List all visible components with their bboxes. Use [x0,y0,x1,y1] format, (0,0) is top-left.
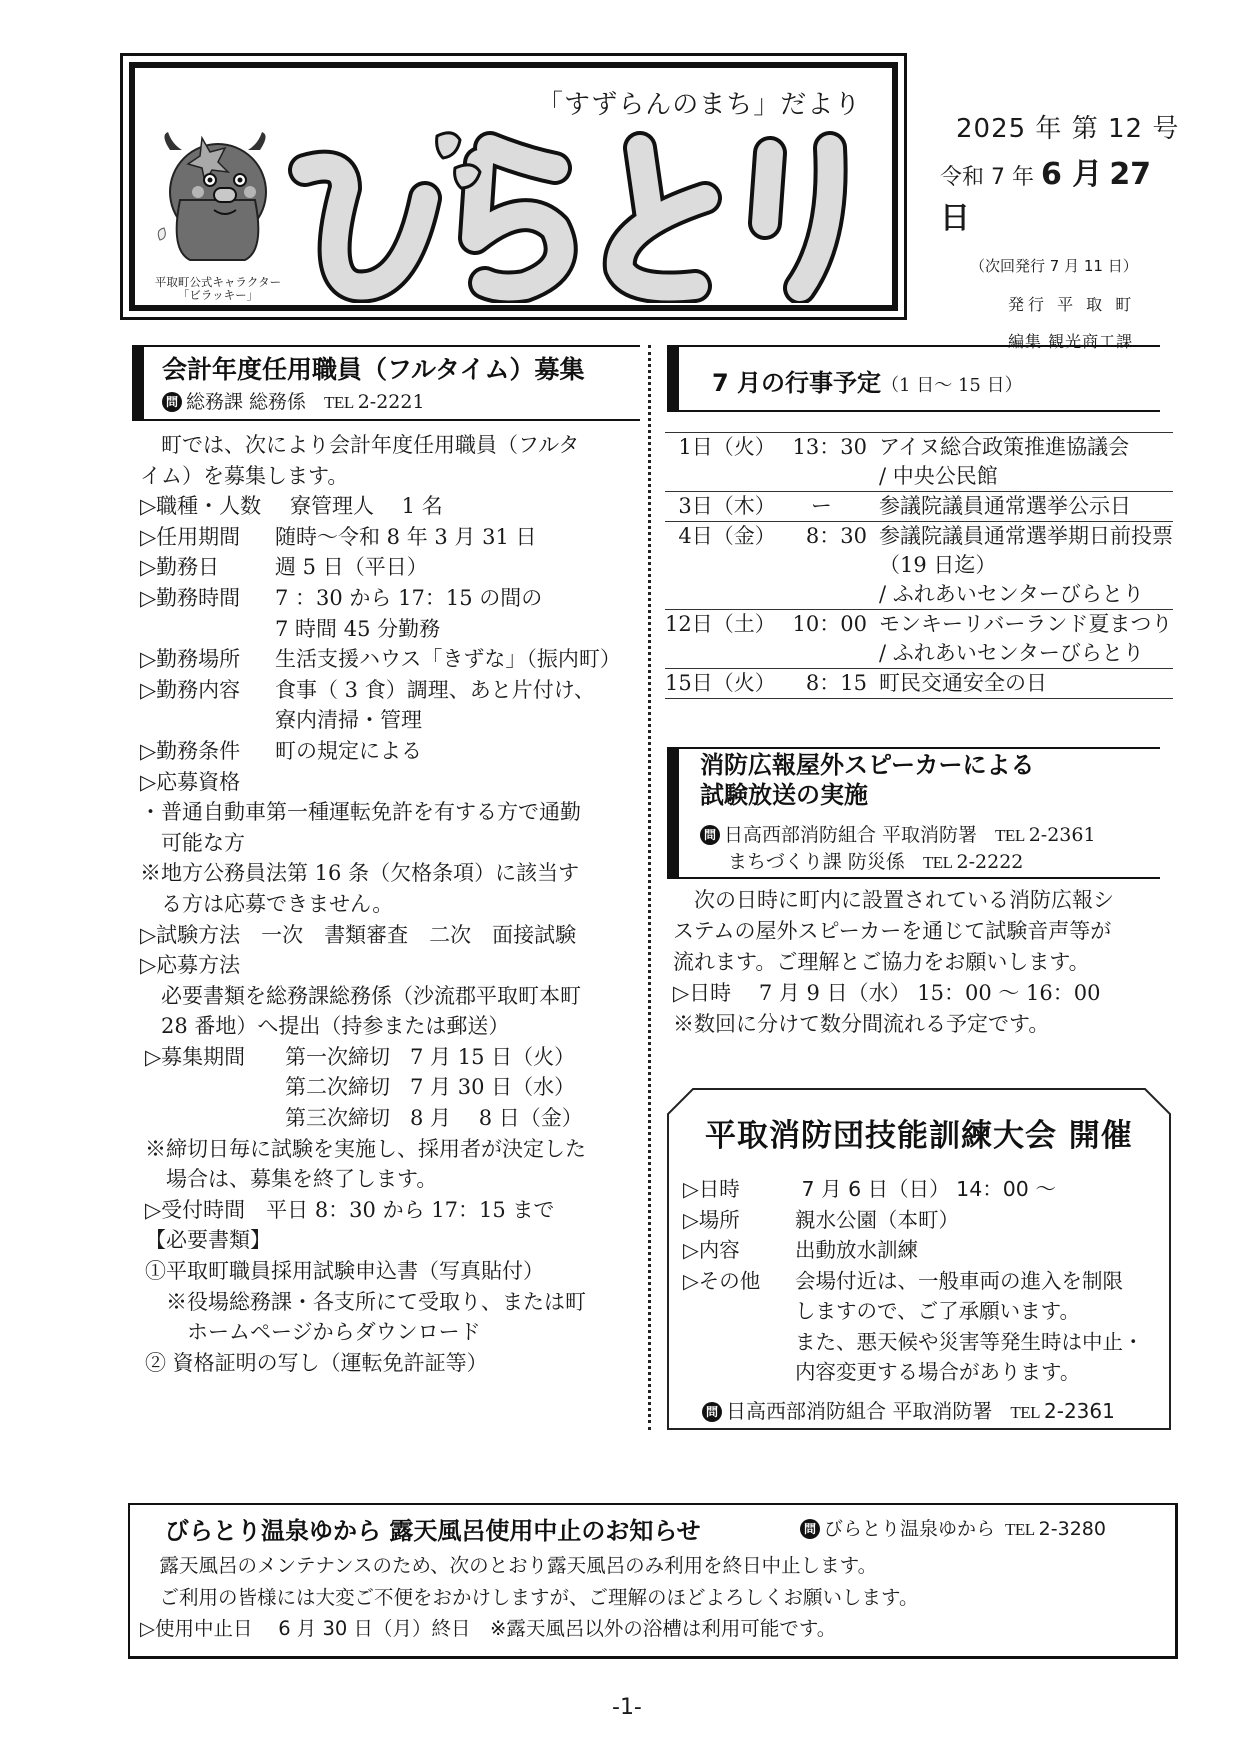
fire-broadcast-title: 消防広報屋外スピーカーによる 試験放送の実施 [700,750,1035,810]
fire-competition-details: ▷日時 7 月 6 日（日） 14：00 〜 ▷場所親水公園（本町） ▷内容出動… [683,1174,1144,1388]
fire-competition-title: 平取消防団技能訓練大会 開催 [705,1110,1133,1155]
detail-value: 親水公園（本町） [795,1208,959,1232]
notice-line: ご利用の皆様には大変ご不便をおかけしますが、ご理解のほどよろしくお願いします。 [140,1582,918,1614]
item-value: 生活支援ハウス「きずな」（振内町） [275,644,621,675]
recruitment-title: 会計年度任用職員（フルタイム）募集 [162,350,585,386]
notice-line: ▷使用中止日 6 月 30 日（月）終日 ※露天風呂以外の浴槽は利用可能です。 [140,1613,918,1645]
schedule-date: 3日（木） [665,492,776,522]
masthead-tagline: 「すずらんのまち」だより [537,84,861,121]
schedule-date: 15日（火） [665,669,776,699]
notice-line: 露天風呂のメンテナンスのため、次のとおり露天風呂のみ利用を終日中止します。 [140,1550,918,1582]
recruitment-item: ▷勤務日週 5 日（平日） [140,552,621,583]
recruitment-item: ▷勤務時間 7 ：30 から 17：15 の間の [140,583,621,614]
contact-tel: 2-2361 [1029,824,1096,846]
issue-year: 2025 年 [956,114,1062,144]
phone-label: TEL [1010,1403,1040,1422]
issue-number-line: 2025 年 第 12 号 [956,108,1180,145]
mascot-caption: 平取町公式キャラクター 「ビラッキー」 [148,276,288,302]
phone-label: TEL [1005,1520,1035,1539]
body-line: 流れます。ご理解とご協力をお願いします。 [673,947,1114,978]
item-label: ▷勤務場所 [140,644,275,675]
deadline-name: 第三次締切 [285,1103,410,1134]
item-value: 町の規定による [275,736,422,767]
schedule-time: 8：30 [776,522,875,610]
issue-month: 6 月 [1041,157,1102,192]
deadline-date: 7 月 30 日（水） [410,1072,575,1103]
item-label [140,614,275,645]
recruitment-item: ▷任用期間随時〜令和 8 年 3 月 31 日 [140,522,621,553]
detail-row: ▷場所親水公園（本町） [683,1205,1144,1236]
item-value: 寮管理人 1 名 [290,491,443,522]
schedule-event: モンキーリバーランド夏まつり / ふれあいセンターびらとり [875,610,1173,669]
fire-broadcast-title-line: 試験放送の実施 [700,780,1035,810]
recruitment-contact-tel: 2-2221 [358,391,425,413]
broadcast-note: ※数回に分けて数分間流れる予定です。 [673,1009,1114,1040]
recruitment-item: ▷勤務内容食事（ 3 食）調理、あと片付け、 [140,675,621,706]
recruitment-contact-dept: 総務課 総務係 [186,391,306,413]
event-line: モンキーリバーランド夏まつり [879,610,1173,639]
deadline-name: 第一次締切 [285,1042,410,1073]
contact-tel: 2-3280 [1039,1518,1106,1540]
schedule-event: 参議院議員通常選挙公示日 [875,492,1173,522]
fire-competition-contact: 問日高西部消防組合 平取消防署TEL2-2361 [702,1395,1115,1424]
detail-value: 7 月 6 日（日） 14：00 〜 [795,1177,1056,1201]
apply-heading: ▷応募方法 [140,950,621,981]
phone-label: TEL [324,393,354,412]
recruitment-item: 寮内清掃・管理 [140,705,621,736]
apply-line: 必要書類を総務課総務係（沙流郡平取町本町 [140,981,621,1012]
event-line: （19 日迄） [879,551,1173,580]
mascot-caption-line2: 「ビラッキー」 [148,289,288,302]
issue-info: 2025 年 第 12 号 令和 7 年 6 月 27 日 （次回発行 7 月 … [940,108,1180,352]
item-label: ▷勤務内容 [140,675,275,706]
fire-broadcast-contact: まちづくり課 防災係TEL2-2222 [700,849,1096,876]
schedule-event: 参議院議員通常選挙期日前投票 （19 日迄） / ふれあいセンターびらとり [875,522,1173,610]
exam-method: ▷試験方法 一次 書類審査 二次 面接試験 [140,920,621,951]
item-value: 随時〜令和 8 年 3 月 31 日 [275,522,537,553]
deadline-name: 第二次締切 [285,1072,410,1103]
inquiry-icon: 問 [162,392,182,412]
required-docs-heading: 【必要書類】 [140,1225,621,1256]
detail-row: ▷その他会場付近は、一般車両の進入を制限 [683,1266,1144,1297]
contact-dept: まちづくり課 防災係 [728,851,905,873]
item-value: 7 時間 45 分勤務 [275,614,440,645]
required-doc: ② 資格証明の写し（運転免許証等） [140,1348,621,1379]
item-label: ▷勤務日 [140,552,275,583]
disqualification-note: る方は応募できません。 [140,889,621,920]
event-line: 町民交通安全の日 [879,669,1173,698]
detail-label: ▷日時 [683,1174,795,1205]
deadline-row: 第二次締切7 月 30 日（水） [140,1072,621,1103]
detail-row: しますので、ご了承願います。 [683,1296,1144,1327]
schedule-time: 10：00 [776,610,875,669]
phone-label: TEL [923,853,953,872]
schedule-row: 1日（火） 13：30 アイヌ総合政策推進協議会 / 中央公民館 [665,433,1173,492]
schedule-time: ー [776,492,875,522]
publisher: 発行 平 取 町 [1008,292,1180,315]
inquiry-icon: 問 [800,1519,820,1539]
fire-broadcast-title-line: 消防広報屋外スピーカーによる [700,750,1035,780]
event-line: アイヌ総合政策推進協議会 [879,433,1173,462]
schedule-time: 8：15 [776,669,875,699]
schedule-title: 7 月の行事予定 [712,369,881,397]
item-value: 食事（ 3 食）調理、あと片付け、 [275,675,595,706]
recruitment-intro-line: イム）を募集します。 [140,461,621,492]
detail-row: また、悪天候や災害等発生時は中止・ [683,1327,1144,1358]
fire-broadcast-body: 次の日時に町内に設置されている消防広報シ ステムの屋外スピーカーを通じて試験音声… [673,885,1114,1040]
schedule-table: 1日（火） 13：30 アイヌ総合政策推進協議会 / 中央公民館 3日（木） ー… [665,432,1173,699]
event-line: / ふれあいセンターびらとり [879,580,1173,609]
item-label: ▷勤務条件 [140,736,275,767]
reception-hours: ▷受付時間 平日 8：30 から 17：15 まで [140,1195,621,1226]
detail-value: 出動放水訓練 [795,1238,918,1262]
recruitment-item: ▷職種・人数寮管理人 1 名 [140,491,621,522]
onsen-notice-contact: 問びらとり温泉ゆからTEL2-3280 [800,1514,1106,1541]
contact-dept: 日高西部消防組合 平取消防署 [724,824,977,846]
deadline-date: 7 月 15 日（火） [410,1042,575,1073]
inquiry-icon: 問 [700,825,720,845]
detail-label: ▷その他 [683,1266,795,1297]
qualification-line: 可能な方 [140,828,621,859]
schedule-row: 15日（火） 8：15 町民交通安全の日 [665,669,1173,699]
detail-label: ▷内容 [683,1235,795,1266]
qualification-heading: ▷応募資格 [140,767,621,798]
detail-row: ▷内容出動放水訓練 [683,1235,1144,1266]
detail-label: ▷場所 [683,1205,795,1236]
required-doc-note: ※役場総務課・各支所にて受取り、または町 [140,1287,621,1318]
mascot-birakki-illustration [150,130,280,270]
broadcast-datetime: ▷日時 7 月 9 日（水） 15：00 〜 16：00 [673,978,1114,1009]
era-prefix: 令和 7 年 [940,165,1034,190]
detail-row: ▷日時 7 月 6 日（日） 14：00 〜 [683,1174,1144,1205]
column-divider [648,345,651,1430]
schedule-heading: 7 月の行事予定（1 日〜 15 日） [712,363,1023,398]
inquiry-icon: 問 [702,1402,722,1422]
apply-line: 28 番地）へ提出（持参または郵送） [140,1011,621,1042]
detail-value: 内容変更する場合があります。 [795,1360,1080,1384]
recruitment-contact: 問総務課 総務係TEL2-2221 [162,387,425,414]
schedule-row: 4日（金） 8：30 参議院議員通常選挙期日前投票 （19 日迄） / ふれあい… [665,522,1173,610]
item-label: ▷任用期間 [140,522,275,553]
schedule-date: 1日（火） [665,433,776,492]
detail-value: しますので、ご了承願います。 [795,1299,1080,1323]
contact-tel: 2-2361 [1044,1399,1115,1423]
fire-broadcast-contact: 問日高西部消防組合 平取消防署TEL2-2361 [700,822,1096,849]
event-line: / ふれあいセンターびらとり [879,639,1173,668]
contact-tel: 2-2222 [957,851,1024,873]
event-line: 参議院議員通常選挙期日前投票 [879,522,1173,551]
onsen-notice-title: びらとり温泉ゆから 露天風呂使用中止のお知らせ [165,1511,701,1546]
schedule-row: 12日（土） 10：00 モンキーリバーランド夏まつり / ふれあいセンターびら… [665,610,1173,669]
schedule-event: 町民交通安全の日 [875,669,1173,699]
required-doc-note: ホームページからダウンロード [140,1317,621,1348]
recruitment-intro-line: 町では、次により会計年度任用職員（フルタ [140,430,621,461]
schedule-range: （1 日〜 15 日） [881,375,1023,396]
item-value: 7 ：30 から 17：15 の間の [275,583,542,614]
item-value: 寮内清掃・管理 [275,705,422,736]
recruitment-item: ▷勤務場所生活支援ハウス「きずな」（振内町） [140,644,621,675]
event-line: 参議院議員通常選挙公示日 [879,492,1173,521]
schedule-date: 12日（土） [665,610,776,669]
recruitment-item: ▷勤務条件町の規定による [140,736,621,767]
item-label [140,705,275,736]
issue-number: 第 12 号 [1072,114,1180,144]
body-line: ステムの屋外スピーカーを通じて試験音声等が [673,916,1114,947]
detail-value: また、悪天候や災害等発生時は中止・ [795,1330,1144,1354]
deadline-row: ▷募集期間第一次締切7 月 15 日（火） [140,1042,621,1073]
recruitment-item: 7 時間 45 分勤務 [140,614,621,645]
disqualification-note: ※地方公務員法第 16 条（欠格条項）に該当す [140,858,621,889]
event-line: / 中央公民館 [879,462,1173,491]
deadline-date: 8 月 8 日（金） [410,1103,583,1134]
selection-note: ※締切日毎に試験を実施し、採用者が決定した [140,1134,621,1165]
period-label: ▷募集期間 [145,1042,285,1073]
recruitment-body: 町では、次により会計年度任用職員（フルタ イム）を募集します。 ▷職種・人数寮管… [140,430,621,1378]
deadline-row: 第三次締切8 月 8 日（金） [140,1103,621,1134]
required-doc: ①平取町職員採用試験申込書（写真貼付） [140,1256,621,1287]
item-value: 週 5 日（平日） [275,552,428,583]
selection-note: 場合は、募集を終了します。 [140,1164,621,1195]
detail-value: 会場付近は、一般車両の進入を制限 [795,1269,1123,1293]
schedule-time: 13：30 [776,433,875,492]
onsen-notice-body: 露天風呂のメンテナンスのため、次のとおり露天風呂のみ利用を終日中止します。 ご利… [140,1550,918,1645]
schedule-date: 4日（金） [665,522,776,610]
item-label: ▷職種・人数 [140,491,290,522]
detail-row: 内容変更する場合があります。 [683,1357,1144,1388]
page-number: -1- [612,1695,642,1720]
body-line: 次の日時に町内に設置されている消防広報シ [673,885,1114,916]
contact-dept: びらとり温泉ゆから [824,1518,995,1540]
next-issue-date: （次回発行 7 月 11 日） [970,255,1180,276]
phone-label: TEL [995,826,1025,845]
masthead-logo-bira-tori [285,128,865,303]
qualification-line: ・普通自動車第一種運転免許を有する方で通勤 [140,797,621,828]
item-label: ▷勤務時間 [140,583,275,614]
schedule-event: アイヌ総合政策推進協議会 / 中央公民館 [875,433,1173,492]
schedule-row: 3日（木） ー 参議院議員通常選挙公示日 [665,492,1173,522]
contact-dept: 日高西部消防組合 平取消防署 [726,1399,992,1423]
issue-date-line: 令和 7 年 6 月 27 日 [940,149,1180,237]
fire-broadcast-contacts: 問日高西部消防組合 平取消防署TEL2-2361 まちづくり課 防災係TEL2-… [700,822,1096,876]
